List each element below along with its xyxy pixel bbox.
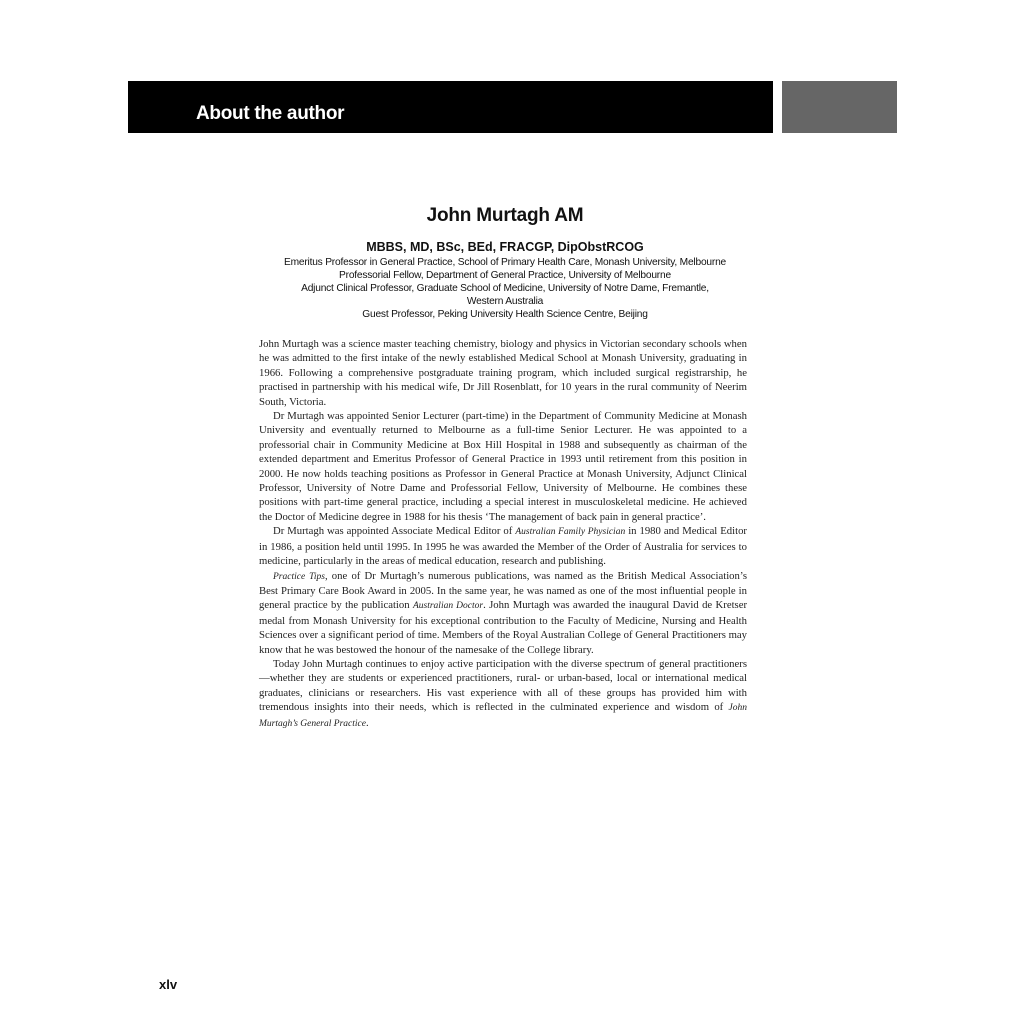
author-credentials: MBBS, MD, BSc, BEd, FRACGP, DipObstRCOG: [255, 240, 755, 254]
author-position: Professorial Fellow, Department of Gener…: [255, 269, 755, 282]
bio-paragraph: Today John Murtagh continues to enjoy ac…: [259, 657, 747, 731]
bio-paragraph: Dr Murtagh was appointed Senior Lecturer…: [259, 409, 747, 524]
author-position: Western Australia: [255, 295, 755, 308]
section-tab-marker: [782, 81, 897, 133]
publication-title: Australian Doctor: [413, 601, 483, 611]
page-number: xlv: [159, 977, 177, 992]
author-position: Adjunct Clinical Professor, Graduate Sch…: [255, 282, 755, 295]
author-info: John Murtagh AM MBBS, MD, BSc, BEd, FRAC…: [255, 205, 755, 321]
author-position: Emeritus Professor in General Practice, …: [255, 256, 755, 269]
bio-paragraph: Practice Tips, one of Dr Murtagh’s numer…: [259, 569, 747, 657]
section-header-bar: About the author: [128, 81, 773, 133]
section-title: About the author: [196, 103, 344, 125]
biography: John Murtagh was a science master teachi…: [259, 337, 747, 731]
bio-paragraph: Dr Murtagh was appointed Associate Medic…: [259, 524, 747, 568]
bio-paragraph: John Murtagh was a science master teachi…: [259, 337, 747, 409]
book-title: Practice Tips: [273, 572, 325, 582]
author-name: John Murtagh AM: [255, 205, 755, 227]
author-position: Guest Professor, Peking University Healt…: [255, 308, 755, 321]
journal-title: Australian Family Physician: [515, 527, 625, 537]
